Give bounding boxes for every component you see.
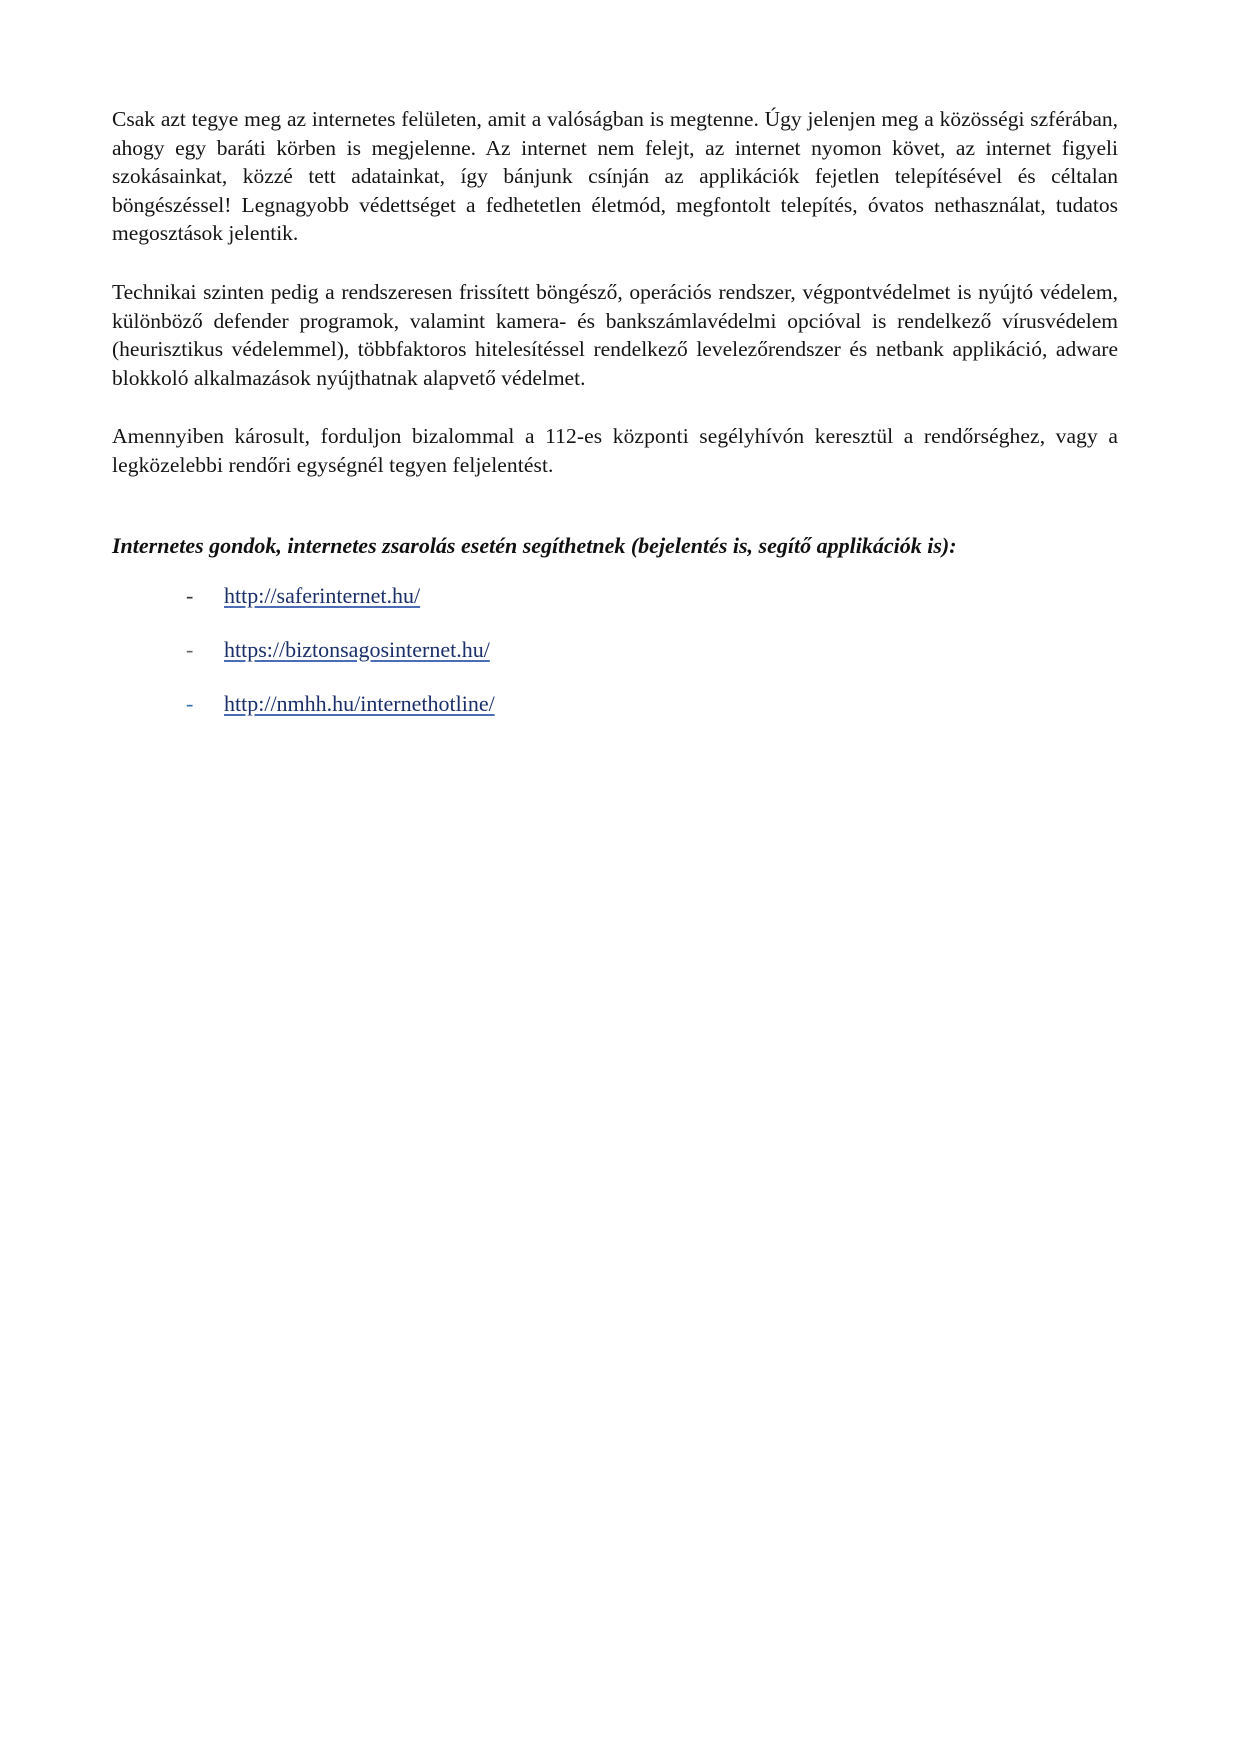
link-biztonsagosinternet[interactable]: https://biztonsagosinternet.hu/ bbox=[224, 636, 490, 664]
list-item: - http://saferinternet.hu/ bbox=[112, 582, 1118, 636]
list-item: - https://biztonsagosinternet.hu/ bbox=[112, 636, 1118, 690]
help-links-list: - http://saferinternet.hu/ - https://biz… bbox=[112, 582, 1118, 744]
document-page: Csak azt tegye meg az internetes felület… bbox=[112, 105, 1118, 744]
help-resources-heading: Internetes gondok, internetes zsarolás e… bbox=[112, 532, 1118, 560]
dash-bullet: - bbox=[186, 636, 206, 664]
paragraph-technical-protection: Technikai szinten pedig a rendszeresen f… bbox=[112, 278, 1118, 392]
list-item: - http://nmhh.hu/internethotline/ bbox=[112, 690, 1118, 744]
link-nmhh-internethotline[interactable]: http://nmhh.hu/internethotline/ bbox=[224, 690, 495, 718]
paragraph-online-behavior: Csak azt tegye meg az internetes felület… bbox=[112, 105, 1118, 248]
dash-bullet: - bbox=[186, 690, 206, 718]
link-saferinternet[interactable]: http://saferinternet.hu/ bbox=[224, 582, 420, 610]
dash-bullet: - bbox=[186, 582, 206, 610]
paragraph-report-police: Amennyiben károsult, forduljon bizalomma… bbox=[112, 422, 1118, 479]
